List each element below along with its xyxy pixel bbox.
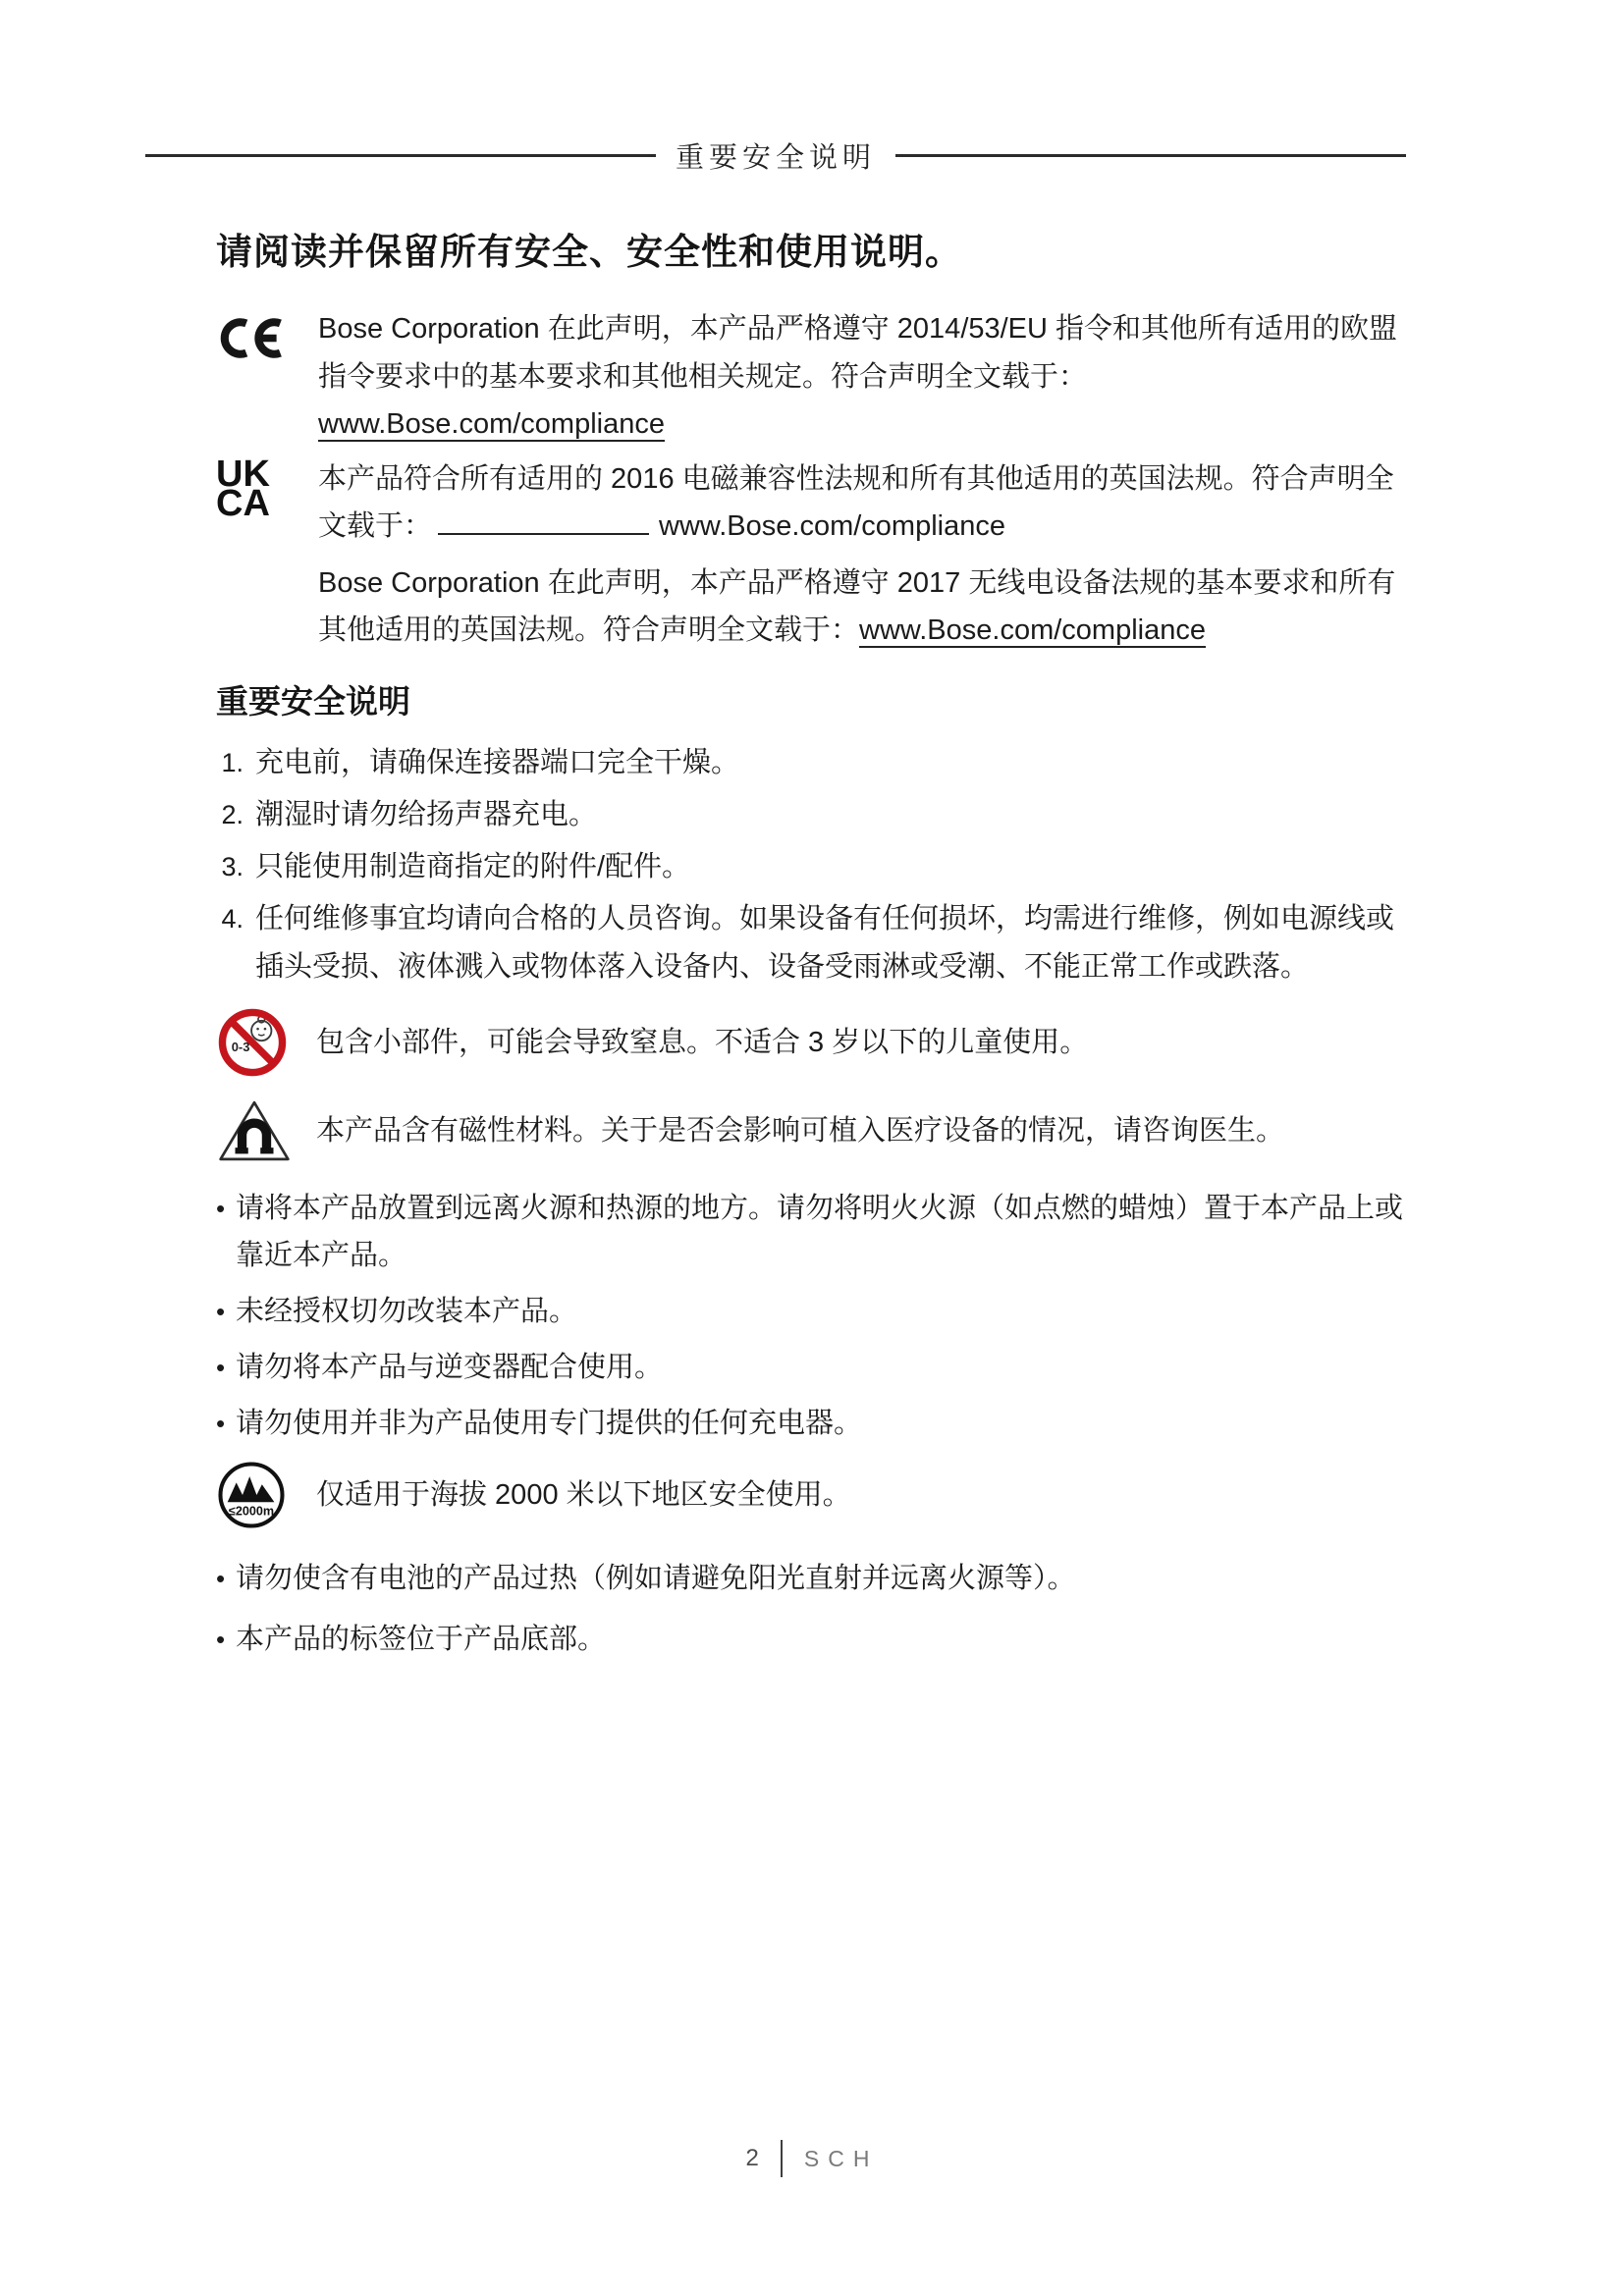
bullet-dot <box>216 1400 236 1447</box>
bullet-text: 未经授权切勿改装本产品。 <box>236 1288 1406 1335</box>
instruction-item-2: 2. 潮湿时请勿给扬声器充电。 <box>216 791 1406 838</box>
item-text: 潮湿时请勿给扬声器充电。 <box>255 791 1406 838</box>
altitude-limit-warning: ≤2000m 仅适用于海拔 2000 米以下地区安全使用。 <box>216 1457 1406 1533</box>
magnet-warning-text: 本产品含有磁性材料。关于是否会影响可植入医疗设备的情况，请咨询医生。 <box>293 1107 1406 1154</box>
item-number: 1. <box>216 739 255 786</box>
ce-compliance-row: Bose Corporation 在此声明，本产品严格遵守 2014/53/EU… <box>216 305 1406 447</box>
ukca-compliance-url[interactable]: www.Bose.com/compliance <box>659 510 1005 542</box>
item-number: 4. <box>216 895 255 989</box>
ukca-mark-line2: CA <box>216 489 318 518</box>
bullet-item: 请勿使用并非为产品使用专门提供的任何充电器。 <box>216 1400 1406 1447</box>
bullet-item: 请勿使含有电池的产品过热（例如请避免阳光直射并远离火源等）。 <box>216 1555 1406 1602</box>
safety-bullets-group2: 请勿使含有电池的产品过热（例如请避免阳光直射并远离火源等）。 本产品的标签位于产… <box>216 1555 1406 1663</box>
item-text: 只能使用制造商指定的附件/配件。 <box>255 843 1406 890</box>
item-text: 充电前，请确保连接器端口完全干燥。 <box>255 739 1406 786</box>
bullet-text: 请勿使用并非为产品使用专门提供的任何充电器。 <box>236 1400 1406 1447</box>
region-code: SCH <box>804 2146 879 2172</box>
magnet-warning-icon <box>216 1095 293 1166</box>
radio-statement: Bose Corporation 在此声明，本产品严格遵守 2017 无线电设备… <box>318 567 1395 646</box>
bullet-text: 请勿将本产品与逆变器配合使用。 <box>236 1344 1406 1391</box>
radio-compliance-url[interactable]: www.Bose.com/compliance <box>859 614 1206 648</box>
bullet-dot <box>216 1185 236 1279</box>
safety-bullets-group1: 请将本产品放置到远离火源和热源的地方。请勿将明火火源（如点燃的蜡烛）置于本产品上… <box>216 1185 1406 1448</box>
item-number: 3. <box>216 843 255 890</box>
page-footer: 2 SCH <box>0 2140 1624 2177</box>
fill-in-blank-line <box>438 509 649 535</box>
bullet-dot <box>216 1344 236 1391</box>
magnet-warning: 本产品含有磁性材料。关于是否会影响可植入医疗设备的情况，请咨询医生。 <box>216 1093 1406 1169</box>
item-number: 2. <box>216 791 255 838</box>
bullet-dot <box>216 1616 236 1663</box>
bullet-item: 请将本产品放置到远离火源和热源的地方。请勿将明火火源（如点燃的蜡烛）置于本产品上… <box>216 1185 1406 1279</box>
numbered-instructions: 1. 充电前，请确保连接器端口完全干燥。 2. 潮湿时请勿给扬声器充电。 3. … <box>216 739 1406 990</box>
main-heading: 请阅读并保留所有安全、安全性和使用说明。 <box>216 222 1406 282</box>
bullet-dot <box>216 1555 236 1602</box>
footer-divider <box>781 2140 783 2177</box>
ce-mark-icon <box>216 305 318 447</box>
choking-hazard-icon: 0-3 <box>216 1006 293 1079</box>
instruction-item-1: 1. 充电前，请确保连接器端口完全干燥。 <box>216 739 1406 786</box>
choking-hazard-text: 包含小部件，可能会导致窒息。不适合 3 岁以下的儿童使用。 <box>293 1019 1406 1066</box>
bullet-text: 请勿使含有电池的产品过热（例如请避免阳光直射并远离火源等）。 <box>236 1555 1406 1602</box>
altitude-limit-text: 仅适用于海拔 2000 米以下地区安全使用。 <box>293 1471 1406 1519</box>
bullet-item: 未经授权切勿改装本产品。 <box>216 1288 1406 1335</box>
age-range-label: 0-3 <box>232 1040 250 1054</box>
choking-hazard-warning: 0-3 包含小部件，可能会导致窒息。不适合 3 岁以下的儿童使用。 <box>216 1004 1406 1081</box>
instruction-item-3: 3. 只能使用制造商指定的附件/配件。 <box>216 843 1406 890</box>
item-text: 任何维修事宜均请向合格的人员咨询。如果设备有任何损坏，均需进行维修，例如电源线或… <box>255 895 1406 989</box>
instruction-item-4: 4. 任何维修事宜均请向合格的人员咨询。如果设备有任何损坏，均需进行维修，例如电… <box>216 895 1406 989</box>
bullet-text: 请将本产品放置到远离火源和热源的地方。请勿将明火火源（如点燃的蜡烛）置于本产品上… <box>236 1185 1406 1279</box>
ukca-mark-icon: UK CA <box>216 455 318 550</box>
bullet-item: 请勿将本产品与逆变器配合使用。 <box>216 1344 1406 1391</box>
ce-compliance-url[interactable]: www.Bose.com/compliance <box>318 408 665 442</box>
page-content: 请阅读并保留所有安全、安全性和使用说明。 Bose Corporation 在此… <box>216 0 1406 1673</box>
page-number: 2 <box>746 2145 759 2172</box>
bullet-item: 本产品的标签位于产品底部。 <box>216 1616 1406 1663</box>
document-page: 重要安全说明 请阅读并保留所有安全、安全性和使用说明。 Bose Corpora… <box>0 0 1624 2296</box>
ce-statement: Bose Corporation 在此声明，本产品严格遵守 2014/53/EU… <box>318 313 1397 392</box>
ukca-compliance-row: UK CA 本产品符合所有适用的 2016 电磁兼容性法规和所有其他适用的英国法… <box>216 455 1406 550</box>
section-heading: 重要安全说明 <box>216 675 1406 729</box>
bullet-dot <box>216 1288 236 1335</box>
bullet-text: 本产品的标签位于产品底部。 <box>236 1616 1406 1663</box>
ukca-compliance-text: 本产品符合所有适用的 2016 电磁兼容性法规和所有其他适用的英国法规。符合声明… <box>318 455 1406 550</box>
ce-compliance-text: Bose Corporation 在此声明，本产品严格遵守 2014/53/EU… <box>318 305 1406 447</box>
altitude-limit-label: ≤2000m <box>229 1505 274 1519</box>
altitude-limit-icon: ≤2000m <box>216 1460 293 1530</box>
radio-compliance-paragraph: Bose Corporation 在此声明，本产品严格遵守 2017 无线电设备… <box>318 560 1406 654</box>
